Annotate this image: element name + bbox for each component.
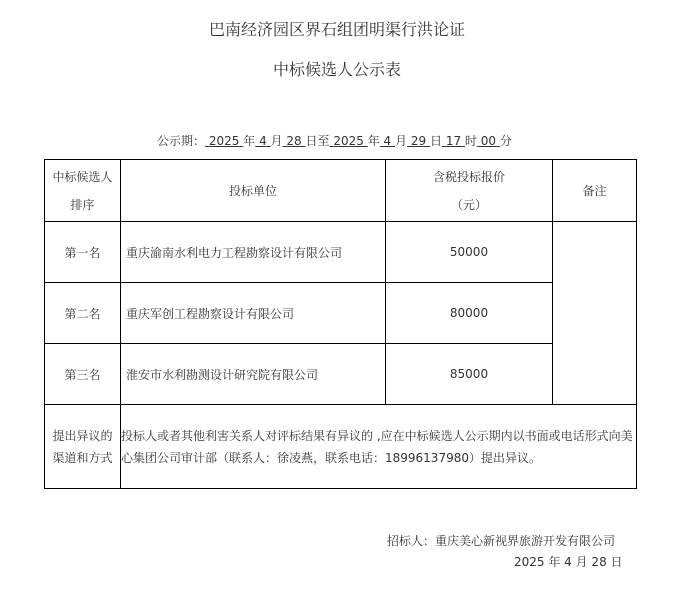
bidder-cell: 淮安市水利勘测设计研究院有限公司 [121, 344, 386, 405]
document-title: 巴南经济园区界石组团明渠行洪论证 [0, 17, 674, 40]
rank-cell: 第三名 [45, 344, 121, 405]
day-char: 日 [430, 134, 442, 148]
start-month: 4 [255, 134, 270, 148]
end-minute: 00 [477, 134, 500, 148]
candidates-table: 中标候选人 排序 投标单位 含税投标报价 （元） 备注 第一名 重庆渝南水利电力… [44, 159, 637, 489]
header-bidder: 投标单位 [121, 160, 386, 222]
header-rank: 中标候选人 排序 [45, 160, 121, 222]
price-cell: 80000 [386, 283, 553, 344]
year-char: 年 [368, 134, 380, 148]
table-row: 第一名 重庆渝南水利电力工程勘察设计有限公司 50000 [45, 222, 637, 283]
document-subtitle: 中标候选人公示表 [0, 57, 674, 80]
table-row: 第三名 淮安市水利勘测设计研究院有限公司 85000 [45, 344, 637, 405]
year-char: 年 [243, 134, 255, 148]
rank-cell: 第二名 [45, 283, 121, 344]
signature-date: 2025 年 4 月 28 日 [514, 553, 623, 570]
minute-char: 分 [500, 134, 512, 148]
month-char: 月 [395, 134, 407, 148]
day-to: 日至 [305, 134, 329, 148]
objection-text: 投标人或者其他利害关系人对评标结果有异议的 ,应在中标候选人公示期内以书面或电话… [121, 405, 637, 489]
end-hour: 17 [442, 134, 465, 148]
objection-row: 提出异议的 渠道和方式 投标人或者其他利害关系人对评标结果有异议的 ,应在中标候… [45, 405, 637, 489]
remark-cell [553, 222, 637, 405]
start-year: 2025 [205, 134, 243, 148]
tenderer: 招标人：重庆美心新视界旅游开发有限公司 [387, 532, 615, 549]
price-cell: 50000 [386, 222, 553, 283]
price-cell: 85000 [386, 344, 553, 405]
header-remark: 备注 [553, 160, 637, 222]
hour-char: 时 [465, 134, 477, 148]
header-price: 含税投标报价 （元） [386, 160, 553, 222]
end-month: 4 [380, 134, 395, 148]
period-label: 公示期： [157, 134, 205, 148]
start-day: 28 [283, 134, 306, 148]
end-year: 2025 [330, 134, 368, 148]
bidder-cell: 重庆渝南水利电力工程勘察设计有限公司 [121, 222, 386, 283]
month-char: 月 [271, 134, 283, 148]
objection-label: 提出异议的 渠道和方式 [45, 405, 121, 489]
bidder-cell: 重庆军创工程勘察设计有限公司 [121, 283, 386, 344]
table-row: 第二名 重庆军创工程勘察设计有限公司 80000 [45, 283, 637, 344]
rank-cell: 第一名 [45, 222, 121, 283]
publicity-period: 公示期： 2025 年 4 月 28 日至 2025 年 4 月 29 日 17… [157, 132, 512, 149]
end-day: 29 [407, 134, 430, 148]
table-header-row: 中标候选人 排序 投标单位 含税投标报价 （元） 备注 [45, 160, 637, 222]
